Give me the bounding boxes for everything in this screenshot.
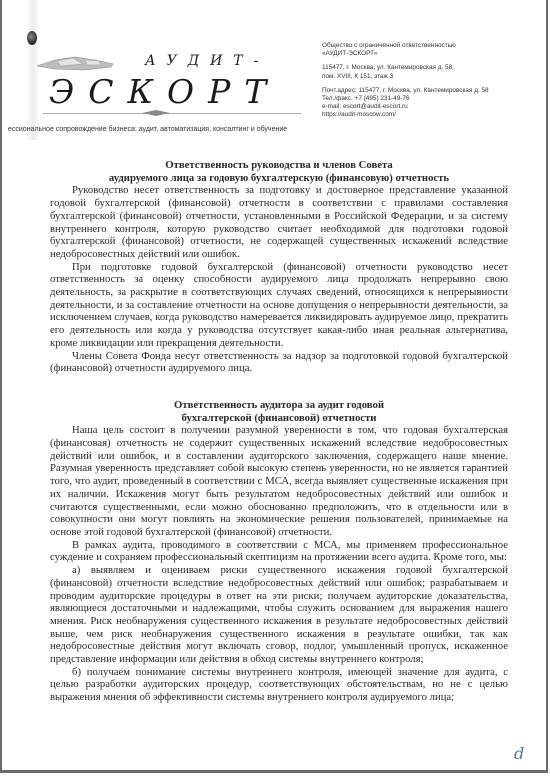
section2-list-item-a: а) выявляем и оцениваем риски существенн…: [50, 564, 508, 666]
initials-signature: d: [514, 744, 524, 763]
section1-heading-line1: Ответственность руководства и членов Сов…: [50, 159, 508, 172]
company-website: https://audit-moscow.com/: [322, 111, 489, 119]
section2-heading-line1: Ответственность аудитора за аудит годово…: [50, 399, 508, 412]
company-details: Общество с ограниченной ответственностью…: [322, 42, 489, 120]
logo-divider: [43, 113, 301, 114]
company-email: e-mail: escort@audit-escort.ru: [322, 103, 489, 111]
car-logo-icon: [35, 54, 125, 74]
section2-paragraph: В рамках аудита, проводимого в соответст…: [50, 539, 508, 564]
company-address-line2: пом. XVIII, К 151, этаж 3: [322, 73, 489, 81]
section2-heading-line2: бухгалтерской (финансовой) отчетности: [50, 412, 508, 425]
company-tagline: ессиональное сопровождение бизнеса: ауди…: [8, 126, 287, 133]
company-phone: Тел./факс. +7 (495) 231-49-76: [322, 95, 489, 103]
section1-paragraph: Члены Совета Фонда несут ответственность…: [50, 350, 508, 375]
logo-top-text: АУДИТ-: [145, 53, 269, 69]
company-logo: АУДИТ- ЭСКОРТ: [35, 54, 297, 120]
company-name-line2: «АУДИТ-ЭСКОРТ»: [322, 50, 489, 58]
company-address-line1: 115477, г. Москва, ул. Кантемировская д.…: [322, 64, 489, 72]
company-postal-address: Почт.адрес: 115477, г. Москва, ул. Канте…: [322, 87, 489, 95]
document-body: Ответственность руководства и членов Сов…: [50, 159, 508, 704]
punch-hole-icon: [27, 31, 37, 45]
company-name-line1: Общество с ограниченной ответственностью: [322, 42, 489, 50]
document-page: АУДИТ- ЭСКОРТ ессиональное сопровождение…: [0, 0, 548, 773]
section2-list-item-b: б) получаем понимание системы внутреннег…: [50, 666, 508, 704]
section1-paragraph: При подготовке годовой бухгалтерской (фи…: [50, 261, 508, 350]
section2-paragraph: Наша цель состоит в получении разумной у…: [50, 424, 508, 538]
section1-heading-line2: аудируемого лица за годовую бухгалтерску…: [50, 172, 508, 185]
logo-main-text: ЭСКОРТ: [49, 72, 280, 111]
section1-paragraph: Руководство несет ответственность за под…: [50, 184, 508, 260]
